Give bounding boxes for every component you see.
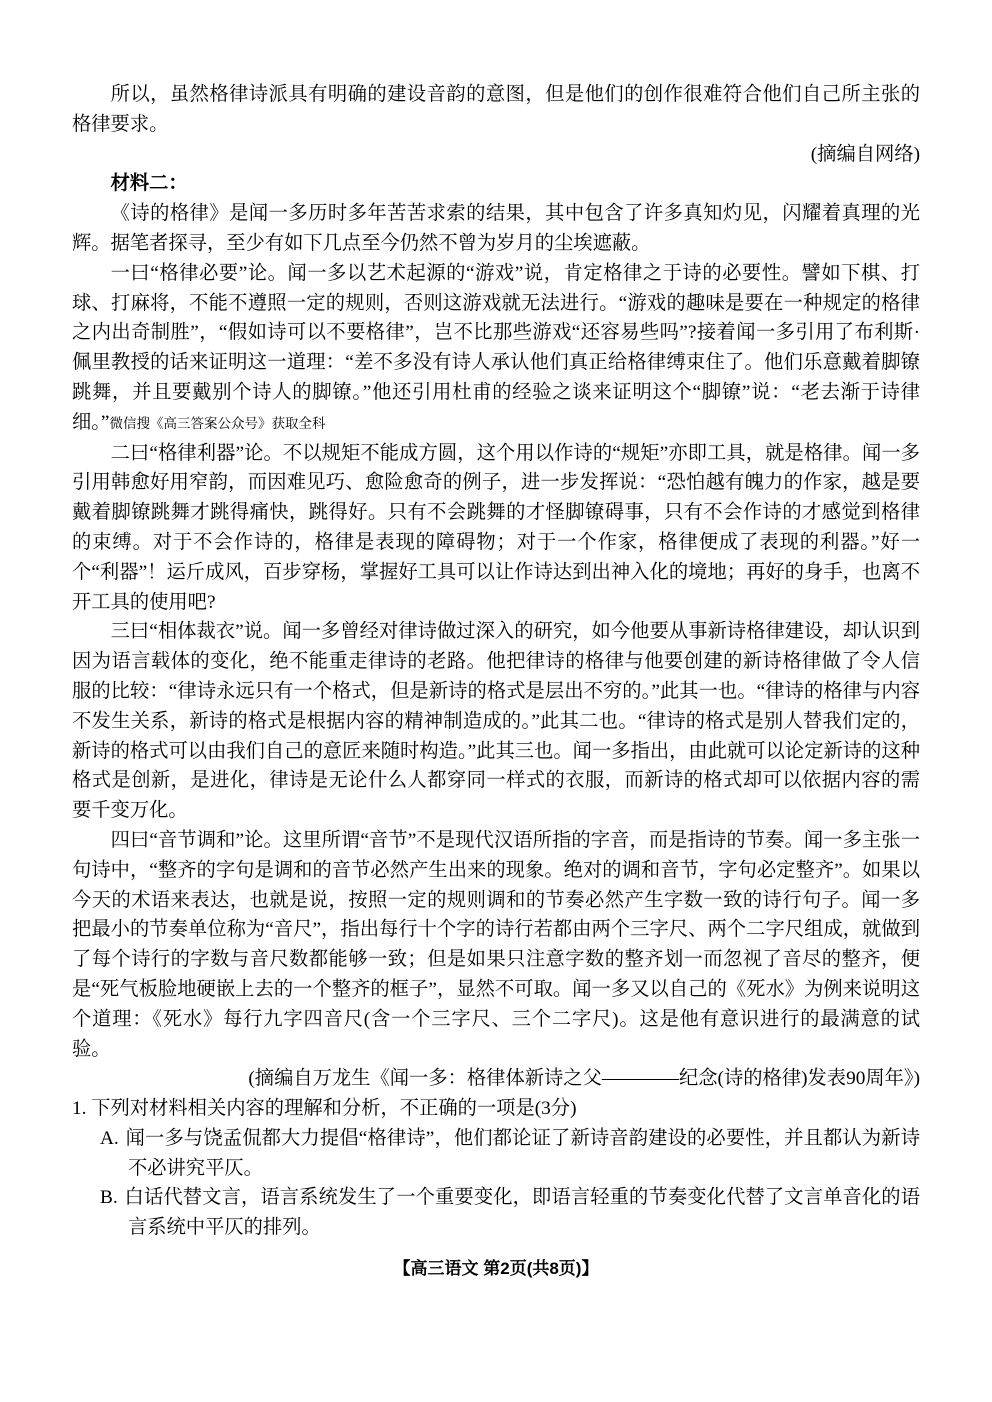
material-2-heading: 材料二：	[72, 169, 920, 199]
overview-paragraph: 《诗的格律》是闻一多历时多年苦苦求索的结果，其中包含了许多真知灼见，闪耀着真理的…	[72, 199, 920, 259]
option-a-text: 闻一多与饶孟侃都大力提倡“格律诗”，他们都论证了新诗音韵建设的必要性，并且都认为…	[125, 1128, 920, 1179]
question-1-option-b: B.白话代替文言，语言系统发生了一个重要变化，即语言轻重的节奏变化代替了文言单音…	[72, 1183, 920, 1243]
point-1-text: 一曰“格律必要”论。闻一多以艺术起源的“游戏”说，肯定格律之于诗的必要性。譬如下…	[72, 263, 920, 433]
question-1-stem: 1. 下列对材料相关内容的理解和分析，不正确的一项是(3分)	[72, 1094, 920, 1124]
option-a-label: A.	[100, 1128, 119, 1149]
point-3-paragraph: 三曰“相体裁衣”说。闻一多曾经对律诗做过深入的研究，如今他要从事新诗格律建设，却…	[72, 617, 920, 826]
point-1-paragraph: 一曰“格律必要”论。闻一多以艺术起源的“游戏”说，肯定格律之于诗的必要性。譬如下…	[72, 259, 920, 439]
question-1-option-a: A.闻一多与饶孟侃都大力提倡“格律诗”，他们都论证了新诗音韵建设的必要性，并且都…	[72, 1124, 920, 1184]
point-2-paragraph: 二曰“格律利器”论。不以规矩不能成方圆，这个用以作诗的“规矩”亦即工具，就是格律…	[72, 439, 920, 618]
option-b-text: 白话代替文言，语言系统发生了一个重要变化，即语言轻重的节奏变化代替了文言单音化的…	[124, 1187, 920, 1238]
intro-paragraph: 所以，虽然格律诗派具有明确的建设音韵的意图，但是他们的创作很难符合他们自己所主张…	[72, 80, 920, 140]
question-1: 1. 下列对材料相关内容的理解和分析，不正确的一项是(3分) A.闻一多与饶孟侃…	[72, 1094, 920, 1243]
source-note-author: (摘编自万龙生《闻一多：格律体新诗之父————纪念(诗的格律)发表90周年》)	[72, 1064, 920, 1094]
point-4-paragraph: 四曰“音节调和”论。这里所谓“音节”不是现代汉语所指的字音，而是指诗的节奏。闻一…	[72, 826, 920, 1064]
source-note-web: (摘编自网络)	[72, 140, 920, 170]
watermark-text: 微信搜《高三答案公众号》获取全科	[109, 416, 325, 431]
exam-page: 所以，虽然格律诗派具有明确的建设音韵的意图，但是他们的创作很难符合他们自己所主张…	[0, 0, 992, 1402]
page-footer: 【高三语文 第2页(共8页)】	[72, 1254, 920, 1284]
option-b-label: B.	[100, 1187, 118, 1208]
